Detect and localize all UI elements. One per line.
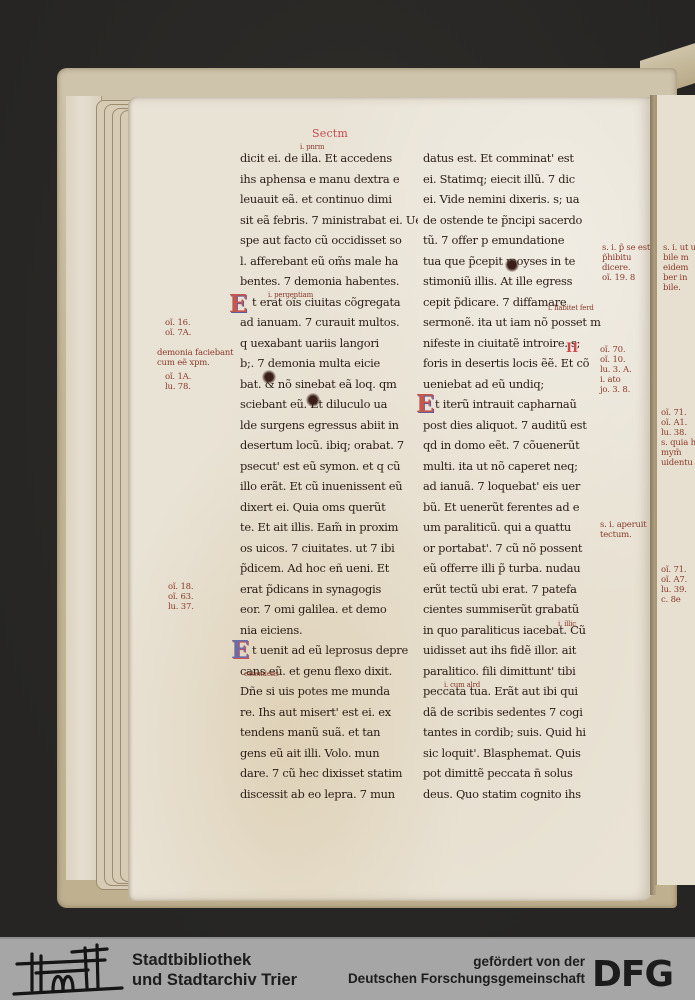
- text-line: ihs aphensa e manu dextra e: [240, 169, 418, 190]
- text-line: erat p̃dicans in synagogis: [240, 579, 418, 600]
- text-line: re. Ihs aut misert' est ei. ex: [240, 702, 418, 723]
- ink-stain: [306, 393, 320, 407]
- text-line: post dies aliquot. 7 auditũ est: [423, 415, 601, 436]
- institution-line: Stadtbibliothek: [132, 950, 297, 970]
- interlinear-gloss: i. habitet ferd: [548, 303, 594, 313]
- stadtbibliothek-trier-logo-icon: [10, 942, 125, 1000]
- text-line: foris in desertis locis ẽẽ. Et cõ: [423, 353, 601, 374]
- text-line: dã de scribis sedentes 7 cogi: [423, 702, 601, 723]
- facing-page-edge: [655, 95, 695, 885]
- interlinear-gloss: i. illic: [558, 619, 576, 629]
- text-line: t uenit ad eũ leprosus depre: [240, 640, 418, 661]
- institution-line: und Stadtarchiv Trier: [132, 970, 297, 990]
- text-line: ueniebat ad eũ undiq;: [423, 374, 601, 395]
- funding-line: Deutschen Forschungsgemeinschaft: [348, 970, 585, 987]
- text-line: tũ. 7 offer p emundatione: [423, 230, 601, 251]
- marginal-note-facing: oĩ. 71. oĩ. A1. lu. 38. s. quia ha mym̃ …: [661, 408, 695, 468]
- text-column-right: datus est. Et comminat' est ei. Statimq;…: [423, 148, 601, 804]
- institution-name: Stadtbibliothek und Stadtarchiv Trier: [132, 950, 297, 990]
- funding-line: gefördert von der: [348, 953, 585, 970]
- text-line: ei. Statimq; eiecit illũ. 7 dic: [423, 169, 601, 190]
- interlinear-gloss: i. pnrm: [300, 142, 324, 152]
- text-line: datus est. Et comminat' est: [423, 148, 601, 169]
- text-line: leuauit eã. et continuo dimi: [240, 189, 418, 210]
- text-column-left: dicit ei. de illa. Et accedens ihs aphen…: [240, 148, 418, 804]
- text-line: cientes summiserũt grabatũ: [423, 599, 601, 620]
- marginal-note: demonia faciebant cum eẽ xpm.: [157, 348, 233, 368]
- decorated-initial-e: E: [229, 292, 247, 316]
- running-title: Sectm: [312, 127, 348, 140]
- text-line: bentes. 7 demonia habentes.: [240, 271, 418, 292]
- text-line: paralitico. fili dimittunt' tibi: [423, 661, 601, 682]
- funding-note: gefördert von der Deutschen Forschungsge…: [348, 953, 585, 987]
- text-line: sic loquit'. Blasphemat. Quis: [423, 743, 601, 764]
- text-line: eor. 7 omi galilea. et demo: [240, 599, 418, 620]
- text-line: p̃dicem. Ad hoc eñ ueni. Et: [240, 558, 418, 579]
- text-line: pot dimittẽ peccata n̄ solus: [423, 763, 601, 784]
- decorated-initial-e: E: [416, 392, 434, 416]
- text-line: spe aut facto cũ occidisset so: [240, 230, 418, 251]
- text-line: lde surgens egressus abiit in: [240, 415, 418, 436]
- text-line: l. afferebant eũ om̃s male ha: [240, 251, 418, 272]
- text-line: ad ianuam. 7 curauit multos.: [240, 312, 418, 333]
- text-line: ad ianuã. 7 loquebat' eis uer: [423, 476, 601, 497]
- text-line: psecut' est eũ symon. et q cũ: [240, 456, 418, 477]
- text-line: tendens manũ suã. et tan: [240, 722, 418, 743]
- text-line: desertum locũ. ibiq; orabat. 7: [240, 435, 418, 456]
- text-line: um paraliticũ. qui a quattu: [423, 517, 601, 538]
- interlinear-gloss: i. pergentiam: [268, 290, 313, 300]
- marginal-note: oĩ. 1A. lu. 78.: [165, 372, 191, 392]
- ink-stain: [262, 370, 276, 384]
- decorated-initial-e: E: [231, 638, 249, 662]
- text-line: multi. ita ut nõ caperet neq;: [423, 456, 601, 477]
- text-line: bũ. Et uenerũt ferentes ad e: [423, 497, 601, 518]
- interlinear-gloss: extendens: [244, 669, 278, 679]
- text-line: nia eiciens.: [240, 620, 418, 641]
- chapter-number: II: [566, 341, 578, 356]
- text-line: or portabat'. 7 cũ nõ possent: [423, 538, 601, 559]
- text-line: qd in domo eẽt. 7 cõuenerũt: [423, 435, 601, 456]
- text-line: dixert ei. Quia oms querũt: [240, 497, 418, 518]
- text-line: dicit ei. de illa. Et accedens: [240, 148, 418, 169]
- marginal-note-facing: oĩ. 71. oĩ. A7. lu. 39. c. 8e: [661, 565, 687, 605]
- interlinear-gloss: i. cum alrd: [444, 680, 480, 690]
- text-line: illo erãt. Et cũ inuenissent eũ: [240, 476, 418, 497]
- manuscript-viewer: Sectm dicit ei. de illa. Et accedens ihs…: [0, 0, 695, 937]
- text-line: sciebant eũ. Et diluculo ua: [240, 394, 418, 415]
- marginal-note: s. i. aperuit tectum.: [600, 520, 647, 540]
- text-line: deus. Quo statim cognito ihs: [423, 784, 601, 805]
- text-line: dare. 7 cũ hec dixisset statim: [240, 763, 418, 784]
- marginal-note: oĩ. 16. oĩ. 7A.: [165, 318, 191, 338]
- footer-banner: Stadtbibliothek und Stadtarchiv Trier ge…: [0, 937, 695, 1000]
- text-line: Dñe si uis potes me munda: [240, 681, 418, 702]
- text-line: t iterũ intrauit capharnaũ: [423, 394, 601, 415]
- marginal-note: oĩ. 70. oĩ. 10. lu. 3. A. i. ato jo. 3. …: [600, 345, 631, 395]
- text-line: sermonẽ. ita ut iam nõ posset ma: [423, 312, 601, 333]
- text-line: de ostende te p̃ncipi sacerdo: [423, 210, 601, 231]
- text-line: eũ offerre illi p̃ turba. nudau: [423, 558, 601, 579]
- text-line: sit eã febris. 7 ministrabat ei. Ue: [240, 210, 418, 231]
- text-line: os uicos. 7 ciuitates. ut 7 ibi: [240, 538, 418, 559]
- marginal-note: oĩ. 18. oĩ. 63. lu. 37.: [168, 582, 194, 612]
- text-line: q uexabant uariis langori: [240, 333, 418, 354]
- text-line: stimoniũ illis. At ille egress: [423, 271, 601, 292]
- text-line: gens eũ ait illi. Volo. mun: [240, 743, 418, 764]
- text-line: ei. Vide nemini dixeris. s; ua: [423, 189, 601, 210]
- marginal-note-facing: s. i. ut u bile m eidem ber in bile.: [663, 243, 695, 293]
- text-line: erũt tectũ ubi erat. 7 patefa: [423, 579, 601, 600]
- ink-stain: [505, 258, 519, 272]
- text-line: uidisset aut ihs fidẽ illor. ait: [423, 640, 601, 661]
- text-line: te. Et ait illis. Eam̃ in proxim: [240, 517, 418, 538]
- text-line: discessit ab eo lepra. 7 mun: [240, 784, 418, 805]
- text-line: tantes in cordib; suis. Quid hi: [423, 722, 601, 743]
- text-line: t erat oĩs ciuitas cõgregata: [240, 292, 418, 313]
- dfg-logo: DFG: [592, 957, 673, 993]
- marginal-note: s. i. p̃ se est p̃hibitu dicere. oĩ. 19.…: [602, 243, 650, 283]
